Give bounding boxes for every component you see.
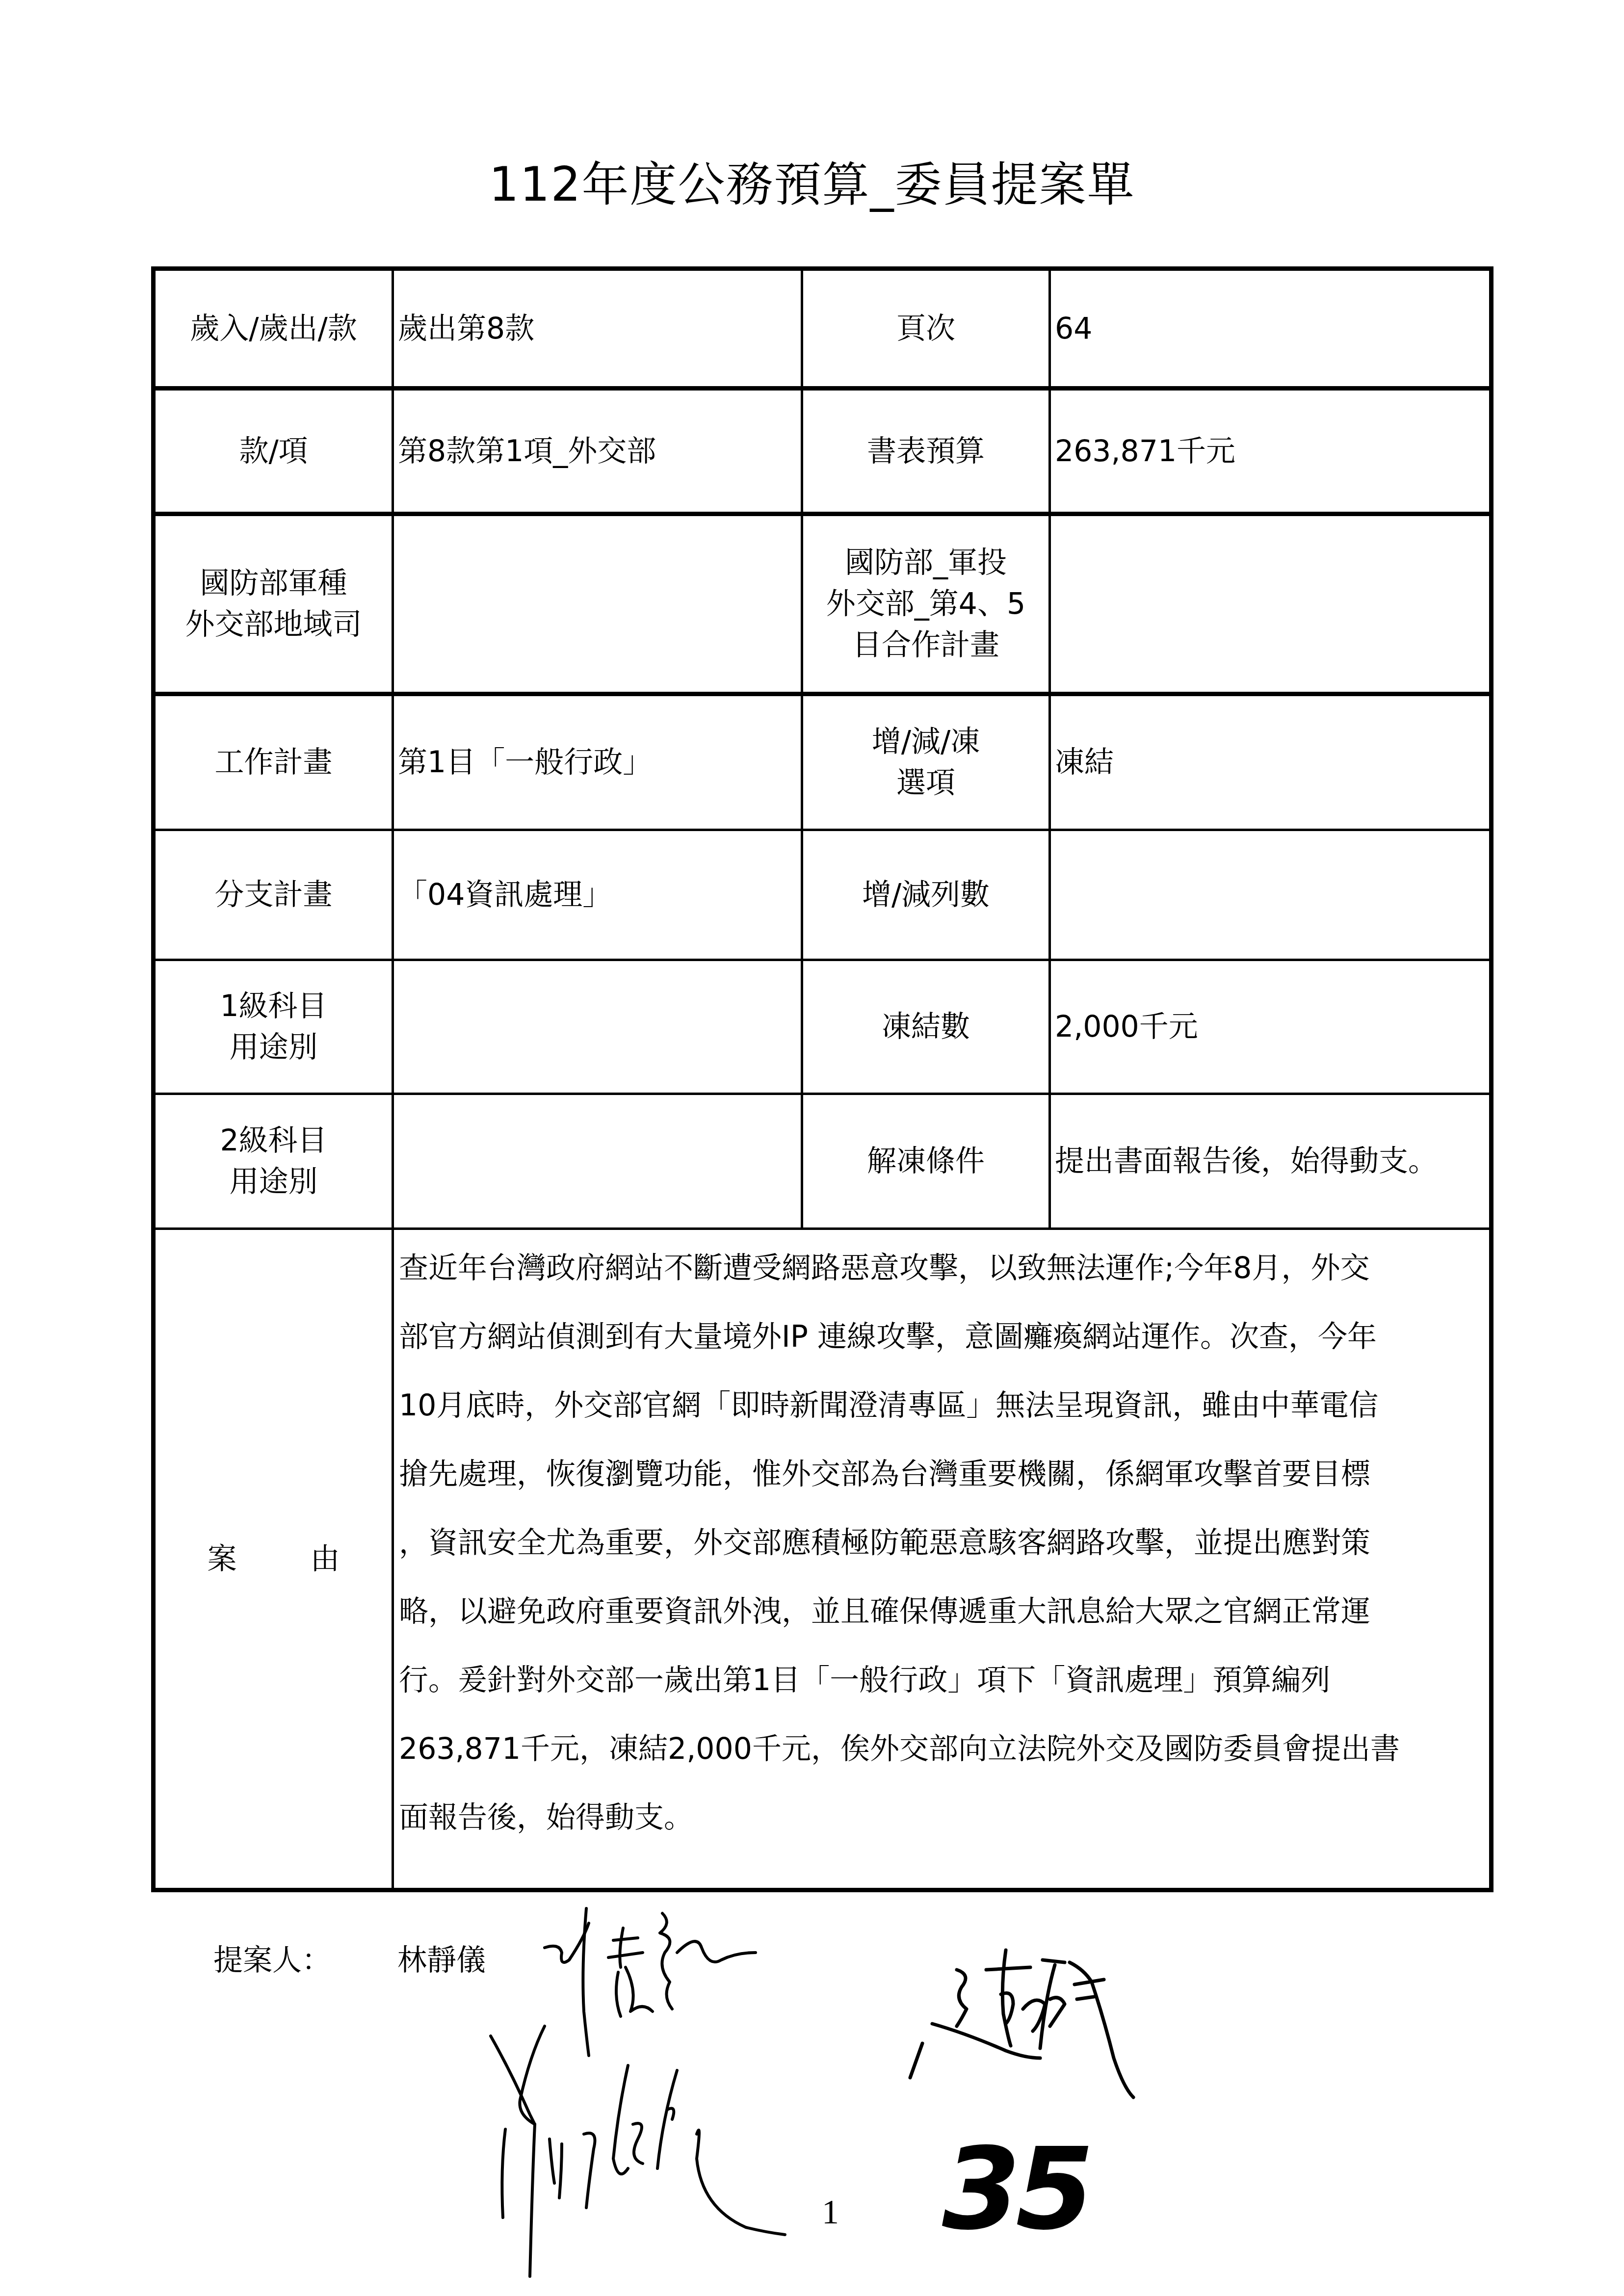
label-section-item: 款/項	[154, 389, 393, 514]
label-joint-plan-line-1: 國防部_軍投	[803, 542, 1048, 583]
document-title: 112年度公務預算_委員提案單	[0, 147, 1624, 214]
form-row-branch-plan: 分支計畫 「04資訊處理」 增/減列數	[154, 830, 1492, 960]
form-row-budget-category: 歲入/歲出/款 歲出第8款 頁次 64	[154, 269, 1492, 389]
value-frozen-amount: 2,000千元	[1050, 960, 1492, 1094]
label-work-plan: 工作計畫	[154, 694, 393, 830]
value-page-number: 64	[1050, 269, 1492, 389]
label-level2-subject-line-1: 2級科目	[156, 1120, 392, 1161]
value-department	[393, 514, 802, 694]
value-branch-plan: 「04資訊處理」	[393, 830, 802, 960]
value-adjust-amount	[1050, 830, 1492, 960]
form-row-reason: 案由 查近年台灣政府網站不斷遭受網路惡意攻擊，以致無法運作;今年8月，外交 部官…	[154, 1229, 1492, 1890]
label-form-budget: 書表預算	[802, 389, 1050, 514]
label-level1-subject-line-1: 1級科目	[156, 986, 392, 1027]
reason-line-5: ，資訊安全尤為重要，外交部應積極防範惡意駭客網路攻擊，並提出應對策	[399, 1522, 1485, 1591]
reason-line-7: 行。爰針對外交部一歲出第1目「一般行政」項下「資訊處理」預算編列	[399, 1660, 1485, 1728]
value-form-budget: 263,871千元	[1050, 389, 1492, 514]
label-adjust-option-line-1: 增/減/凍	[803, 721, 1048, 762]
label-reason-char-1: 案	[208, 1539, 237, 1580]
label-budget-category: 歲入/歲出/款	[154, 269, 393, 389]
reason-text: 查近年台灣政府網站不斷遭受網路惡意攻擊，以致無法運作;今年8月，外交 部官方網站…	[393, 1229, 1492, 1890]
form-row-level2-subject: 2級科目 用途別 解凍條件 提出書面報告後，始得動支。	[154, 1094, 1492, 1229]
form-row-level1-subject: 1級科目 用途別 凍結數 2,000千元	[154, 960, 1492, 1094]
handwritten-number: 35	[942, 2124, 1089, 2255]
handwritten-signature-2	[908, 1940, 1163, 2107]
label-adjust-option: 增/減/凍 選項	[802, 694, 1050, 830]
label-branch-plan: 分支計畫	[154, 830, 393, 960]
reason-line-3: 10月底時，外交部官網「即時新聞澄清專區」無法呈現資訊，雖由中華電信	[399, 1385, 1485, 1454]
form-row-work-plan: 工作計畫 第1目「一般行政」 增/減/凍 選項 凍結	[154, 694, 1492, 830]
reason-line-6: 略，以避免政府重要資訊外洩，並且確保傳遞重大訊息給大眾之官網正常運	[399, 1591, 1485, 1660]
proposer-name: 林靜儀	[397, 1937, 486, 1979]
reason-line-1: 查近年台灣政府網站不斷遭受網路惡意攻擊，以致無法運作;今年8月，外交	[399, 1248, 1485, 1316]
label-level1-subject: 1級科目 用途別	[154, 960, 393, 1094]
proposer-label: 提案人：	[213, 1937, 331, 1979]
proposal-form-table: 歲入/歲出/款 歲出第8款 頁次 64 款/項 第8款第1項_外交部 書表預算 …	[151, 266, 1493, 1892]
value-unfreeze-condition: 提出書面報告後，始得動支。	[1050, 1094, 1492, 1229]
label-adjust-amount: 增/減列數	[802, 830, 1050, 960]
label-reason: 案由	[154, 1229, 393, 1890]
label-department: 國防部軍種 外交部地域司	[154, 514, 393, 694]
label-reason-char-2: 由	[311, 1539, 340, 1580]
value-joint-plan	[1050, 514, 1492, 694]
value-budget-category: 歲出第8款	[393, 269, 802, 389]
label-department-line-2: 外交部地域司	[156, 604, 392, 645]
label-joint-plan: 國防部_軍投 外交部_第4、5 目合作計畫	[802, 514, 1050, 694]
label-page-number: 頁次	[802, 269, 1050, 389]
form-row-department: 國防部軍種 外交部地域司 國防部_軍投 外交部_第4、5 目合作計畫	[154, 514, 1492, 694]
value-work-plan: 第1目「一般行政」	[393, 694, 802, 830]
reason-line-2: 部官方網站偵測到有大量境外IP 連線攻擊，意圖癱瘓網站運作。次查，今年	[399, 1316, 1485, 1385]
handwritten-signature-3	[471, 2021, 873, 2286]
reason-line-8: 263,871千元，凍結2,000千元，俟外交部向立法院外交及國防委員會提出書	[399, 1728, 1485, 1797]
label-adjust-option-line-2: 選項	[803, 762, 1048, 804]
label-level2-subject-line-2: 用途別	[156, 1161, 392, 1202]
value-section-item: 第8款第1項_外交部	[393, 389, 802, 514]
label-level2-subject: 2級科目 用途別	[154, 1094, 393, 1229]
label-level1-subject-line-2: 用途別	[156, 1027, 392, 1068]
page-number: 1	[822, 2193, 839, 2232]
value-level2-subject	[393, 1094, 802, 1229]
form-row-section-item: 款/項 第8款第1項_外交部 書表預算 263,871千元	[154, 389, 1492, 514]
label-frozen-amount: 凍結數	[802, 960, 1050, 1094]
label-unfreeze-condition: 解凍條件	[802, 1094, 1050, 1229]
value-adjust-option: 凍結	[1050, 694, 1492, 830]
label-department-line-1: 國防部軍種	[156, 563, 392, 604]
value-level1-subject	[393, 960, 802, 1094]
label-joint-plan-line-2: 外交部_第4、5	[803, 583, 1048, 625]
label-joint-plan-line-3: 目合作計畫	[803, 625, 1048, 666]
reason-line-4: 搶先處理，恢復瀏覽功能，惟外交部為台灣重要機關，係網軍攻擊首要目標	[399, 1454, 1485, 1522]
reason-line-9: 面報告後，始得動支。	[399, 1797, 1485, 1866]
